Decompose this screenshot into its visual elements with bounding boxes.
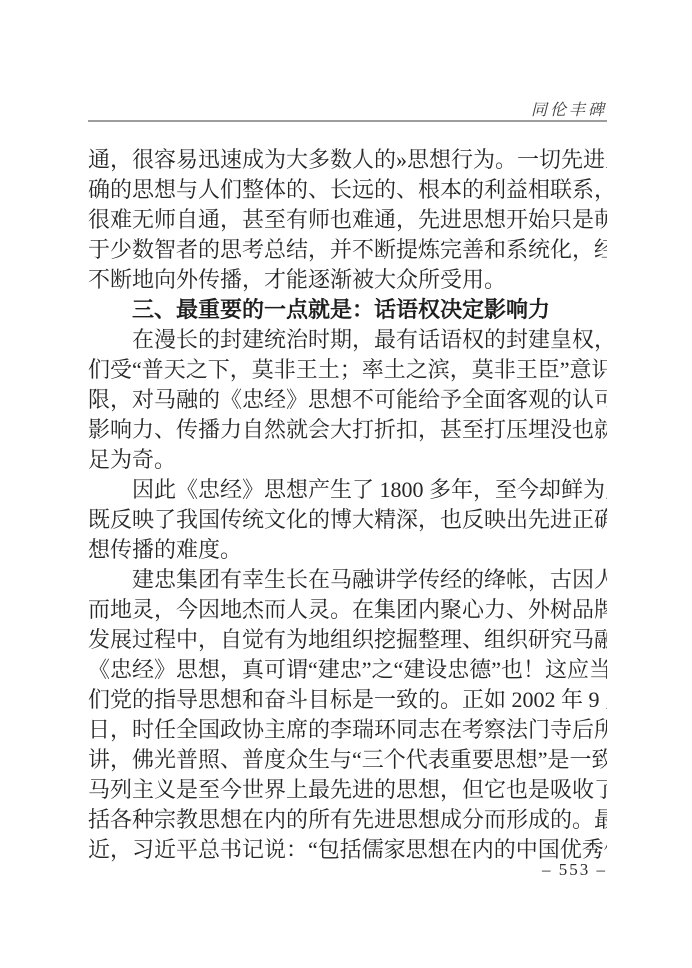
text-line: 日，时任全国政协主席的李瑞环同志在考察法门寺后所 [88,715,607,745]
text-line: 们党的指导思想和奋斗目标是一致的。正如 2002 年 9 月 9 [88,685,607,715]
text-line: 足为奇。 [88,445,607,475]
text-line: 在漫长的封建统治时期，最有话语权的封建皇权，他 [88,325,607,355]
text-line: 建忠集团有幸生长在马融讲学传经的绛帐，古因人杰 [88,565,607,595]
book-page: 同伦丰碑 通，很容易迅速成为大多数人的»思想行为。一切先进正确的思想与人们整体的… [0,0,692,968]
text-line: 既反映了我国传统文化的博大精深，也反映出先进正确思 [88,505,607,535]
text-block: 通，很容易迅速成为大多数人的»思想行为。一切先进正确的思想与人们整体的、长远的、… [88,145,607,865]
running-head: 同伦丰碑 [88,97,607,120]
page-number: – 553 – [88,860,607,880]
text-line: 发展过程中，自觉有为地组织挖掘整理、组织研究马融的 [88,625,607,655]
text-line: 想传播的难度。 [88,535,607,565]
section-heading: 三、最重要的一点就是：话语权决定影响力 [88,295,607,325]
text-line: 《忠经》思想，真可谓“建忠”之“建设忠德”也！这应当与我 [88,655,607,685]
text-line: 确的思想与人们整体的、长远的、根本的利益相联系，不仅 [88,175,607,205]
text-line: 不断地向外传播，才能逐渐被大众所受用。 [88,265,607,295]
text-line: 们受“普天之下，莫非王土；率土之滨，莫非王臣”意识的局 [88,355,607,385]
text-line: 限，对马融的《忠经》思想不可能给予全面客观的认可，其 [88,385,607,415]
text-line: 而地灵，今因地杰而人灵。在集团内聚心力、外树品牌的 [88,595,607,625]
text-line: 马列主义是至今世界上最先进的思想，但它也是吸收了包 [88,775,607,805]
text-line: 因此《忠经》思想产生了 1800 多年，至今却鲜为人知， [88,475,607,505]
header-rule [88,120,607,122]
text-line: 通，很容易迅速成为大多数人的»思想行为。一切先进正 [88,145,607,175]
text-line: 于少数智者的思考总结，并不断提炼完善和系统化，经过 [88,235,607,265]
text-line: 讲，佛光普照、普度众生与“三个代表重要思想”是一致的， [88,745,607,775]
text-line: 影响力、传播力自然就会大打折扣，甚至打压埋没也就不 [88,415,607,445]
text-line: 括各种宗教思想在内的所有先进思想成分而形成的。最 [88,805,607,835]
text-line: 很难无师自通，甚至有师也难通，先进思想开始只是萌发 [88,205,607,235]
